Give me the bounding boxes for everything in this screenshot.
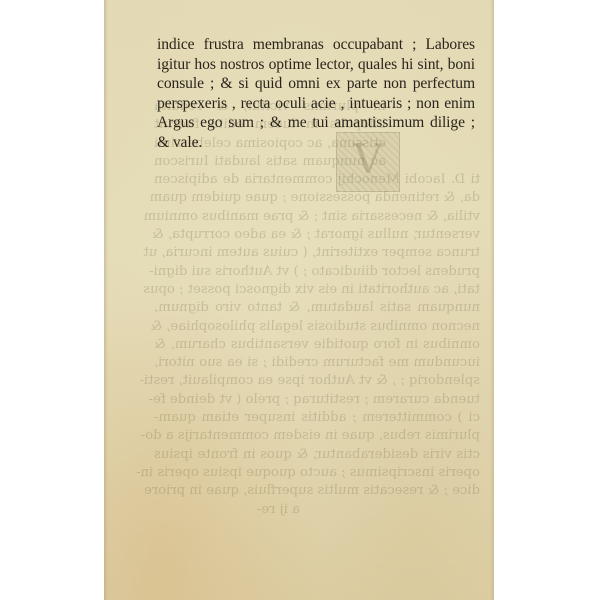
text-line: Argus ego sum ; & me tui amantissimum di… xyxy=(157,113,475,133)
text-line: igitur hos nostros optime lector, quales… xyxy=(157,55,475,75)
text-line-closing: & vale. xyxy=(157,133,475,153)
bleed-line: splendoriq ; , & vt Author ipse ea compi… xyxy=(154,372,480,390)
book-page: V in plurimis vicitur, & reddita bliopol… xyxy=(104,0,494,600)
bleed-line: tuenda curarem ; restituraq ; prelo ( vt… xyxy=(154,391,480,409)
page-edge-left xyxy=(104,0,108,600)
bleed-line: prudens lector diiudicato ; ) vt Authori… xyxy=(154,263,480,281)
bleed-line: necnon omnibus studiosis legalis philoso… xyxy=(154,318,480,336)
bleed-line: vtilia, & necessaria sint ; & prae manib… xyxy=(154,208,480,226)
show-through-text: in plurimis vicitur, & reddita bliopolis… xyxy=(154,98,480,519)
text-line: consule ; & si quid omni ex parte non pe… xyxy=(157,74,475,94)
bleed-line: dice ; & resecatis multis superfluis, qu… xyxy=(154,482,480,500)
bleed-line: ti D. Iacobi Menochij commentaria de adi… xyxy=(154,171,480,189)
scanned-page-view: V in plurimis vicitur, & reddita bliopol… xyxy=(0,0,600,600)
bleed-line: iucundum me facturum credidi ; si ea suo… xyxy=(154,354,480,372)
bleed-line: tati, ac authoritati in eis vix dignosci… xyxy=(154,281,480,299)
bleed-line: trunca semper extiterint, ( cuius autem … xyxy=(154,244,480,262)
text-line: perspexeris , recta oculi acie , intuear… xyxy=(157,94,475,114)
bleed-line: ctis viris desiderabantur, & quos in fro… xyxy=(154,446,480,464)
page-edge-right xyxy=(490,0,494,600)
bleed-line: operis inscripsimus ; aucto quoque ipsiu… xyxy=(154,464,480,482)
text-line: indice frustra membranas occupabant ; La… xyxy=(157,35,475,55)
bleed-line: ac nunquam satis laudati Iuriscon xyxy=(154,153,480,171)
bleed-line: da, & retinenda possessione ; quae quide… xyxy=(154,189,480,207)
bleed-signature: a ij re- xyxy=(154,501,480,519)
bleed-line: versentur, nullus ignorat ; & ea adeo co… xyxy=(154,226,480,244)
bleed-line: plurimis rebus, quae in eisdem commentar… xyxy=(154,427,480,445)
printed-text-block: indice frustra membranas occupabant ; La… xyxy=(157,35,475,153)
bleed-line: nunquam satis laudatum, & tanto viro dig… xyxy=(154,299,480,317)
bleed-line: omnibus in foro quotidie versantibus cha… xyxy=(154,336,480,354)
bleed-line: ci ) committerem ; additis insuper etiam… xyxy=(154,409,480,427)
